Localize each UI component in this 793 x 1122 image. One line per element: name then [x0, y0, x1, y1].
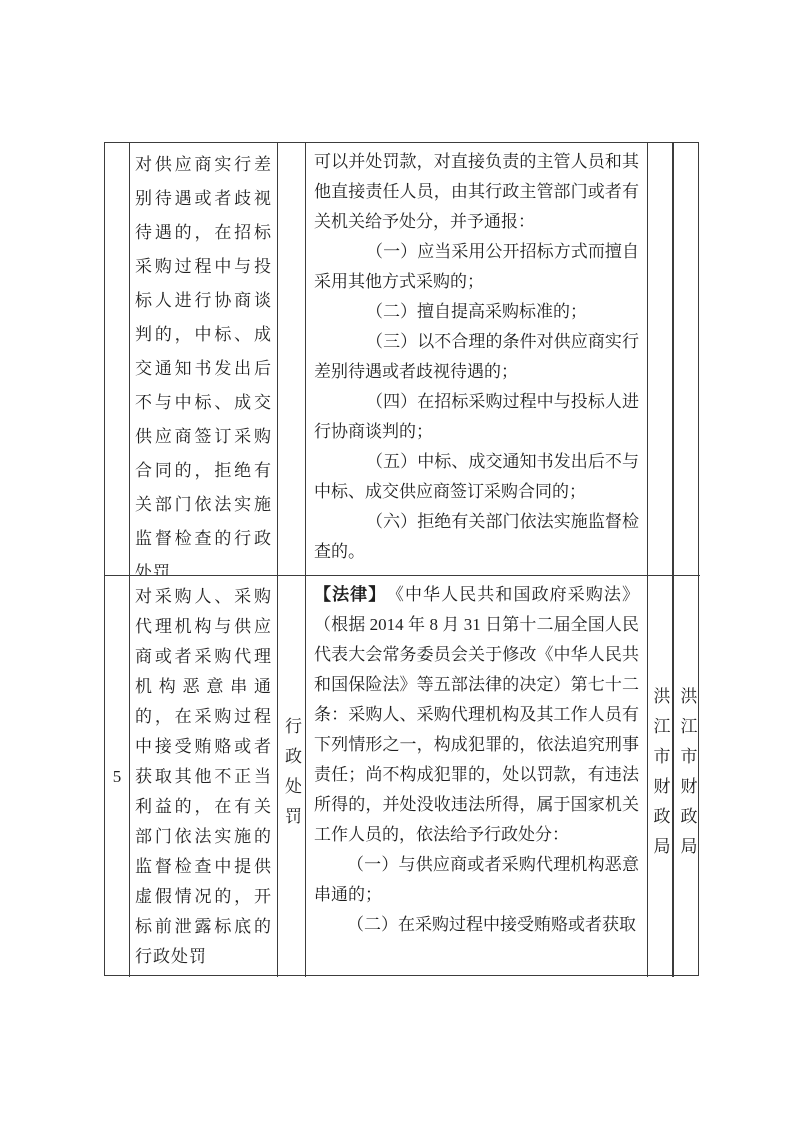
- legal-basis: 可以并处罚款，对直接负责的主管人员和其他直接责任人员，由其行政主管部门或者有关机…: [306, 143, 648, 576]
- legal-basis-item: （一）与供应商或者采购代理机构恶意串通的；: [314, 850, 639, 910]
- implementing-authority: 洪江市财政局: [648, 576, 673, 977]
- row-number-text: 5: [113, 767, 122, 787]
- legal-basis-item: （五）中标、成交通知书发出后不与中标、成交供应商签订采购合同的；: [314, 447, 639, 507]
- supervising-authority-text: 洪江市财政局: [675, 687, 700, 867]
- legal-basis-item: （一）应当采用公开招标方式而擅自采用其他方式采购的；: [314, 237, 639, 297]
- legal-basis-item: （二）擅自提高采购标准的；: [314, 297, 639, 327]
- legal-basis: 【法律】《中华人民共和国政府采购法》（根据 2014 年 8 月 31 日第十二…: [306, 576, 648, 977]
- violation-description-text: 对供应商实行差别待遇或者歧视待遇的，在招标采购过程中与投标人进行协商谈判的，中标…: [135, 155, 272, 576]
- legal-basis-lead: 【法律】《中华人民共和国政府采购法》（根据 2014 年 8 月 31 日第十二…: [314, 580, 639, 850]
- implementing-authority-text: 洪江市财政局: [648, 687, 673, 867]
- violation-description: 对采购人、采购代理机构与供应商或者采购代理机构恶意串通的，在采购过程中接受贿赂或…: [130, 576, 278, 977]
- document-page: 对供应商实行差别待遇或者歧视待遇的，在招标采购过程中与投标人进行协商谈判的，中标…: [0, 0, 793, 1122]
- penalty-type: 行政处罚: [278, 576, 306, 977]
- law-source-label: 【法律】: [314, 585, 386, 604]
- row-number: [105, 143, 130, 576]
- legal-basis-lead: 可以并处罚款，对直接负责的主管人员和其他直接责任人员，由其行政主管部门或者有关机…: [314, 147, 639, 237]
- implementing-authority: [648, 143, 673, 576]
- row-number: 5: [105, 576, 130, 977]
- penalty-type: [278, 143, 306, 576]
- supervising-authority: 洪江市财政局: [673, 576, 700, 977]
- violation-description-text: 对采购人、采购代理机构与供应商或者采购代理机构恶意串通的，在采购过程中接受贿赂或…: [135, 582, 272, 972]
- violation-description: 对供应商实行差别待遇或者歧视待遇的，在招标采购过程中与投标人进行协商谈判的，中标…: [130, 143, 278, 576]
- legal-basis-item: （二）在采购过程中接受贿赂或者获取: [314, 910, 639, 940]
- penalty-type-text: 行政处罚: [279, 717, 304, 837]
- legal-basis-item: （四）在招标采购过程中与投标人进行协商谈判的；: [314, 387, 639, 447]
- legal-basis-item: （三）以不合理的条件对供应商实行差别待遇或者歧视待遇的；: [314, 327, 639, 387]
- legal-basis-item: （六）拒绝有关部门依法实施监督检查的。: [314, 507, 639, 567]
- penalty-items-table: 对供应商实行差别待遇或者歧视待遇的，在招标采购过程中与投标人进行协商谈判的，中标…: [104, 142, 699, 976]
- supervising-authority: [673, 143, 700, 576]
